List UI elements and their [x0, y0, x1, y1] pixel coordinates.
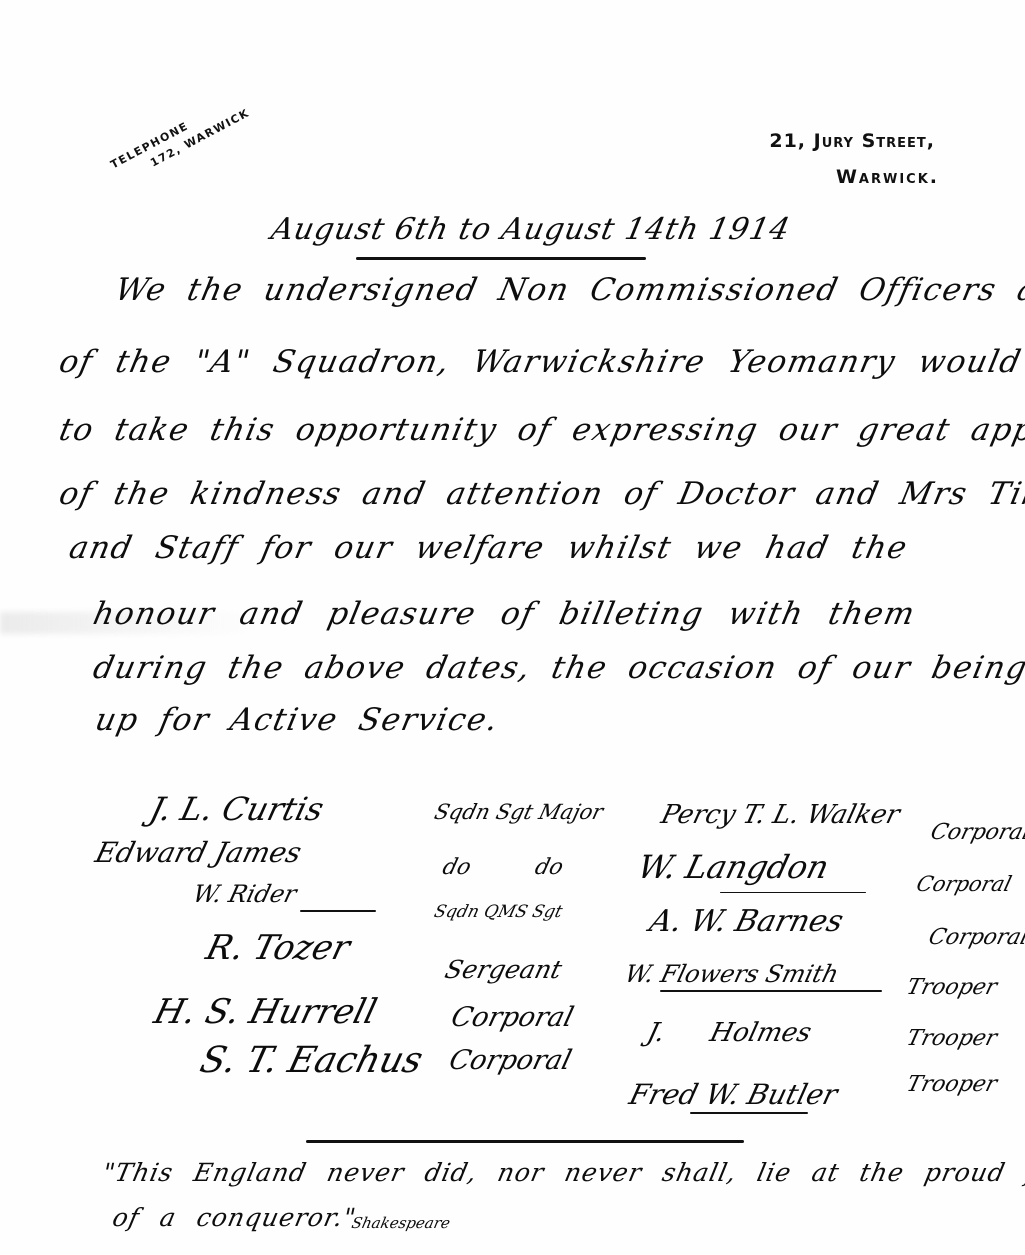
body-line: and Staff for our welfare whilst we had … [66, 530, 911, 566]
signature-rank: Sqdn QMS Sgt [432, 902, 565, 922]
signature-rank: Corporal [928, 820, 1025, 845]
body-line: We the undersigned Non Commissioned Offi… [112, 272, 1025, 308]
signature-rank: Trooper [904, 1026, 1000, 1051]
signature-rank: Corporal [446, 1045, 575, 1076]
signature-underline [720, 892, 866, 893]
signature-name: Fred W. Butler [626, 1078, 841, 1111]
signature-name: Percy T. L. Walker [658, 800, 903, 830]
signature-rank: Corporal [926, 925, 1025, 950]
signature-underline [300, 910, 376, 912]
signature-rank: Sqdn Sgt Major [432, 800, 606, 824]
signature-name: W. Langdon [634, 848, 833, 886]
signature-underline [660, 990, 882, 992]
date-heading: August 6th to August 14th 1914 [268, 212, 794, 247]
signature-underline [690, 1112, 808, 1114]
address-street: 21, Jury Street, [769, 130, 935, 152]
signature-name: H. S. Hurrell [150, 992, 381, 1032]
signature-name: R. Tozer [202, 928, 354, 968]
signature-name: S. T. Eachus [196, 1040, 427, 1081]
telephone-stamp: Telephone 172, Warwick [72, 29, 253, 190]
quote-divider [306, 1140, 744, 1143]
quote-line: of a conqueror." [110, 1203, 359, 1232]
signature-name: J. Holmes [644, 1018, 814, 1048]
address-town: Warwick. [769, 166, 939, 188]
signature-rank: Trooper [904, 975, 1000, 1000]
signature-name: J. L. Curtis [146, 790, 328, 828]
body-line: honour and pleasure of billeting with th… [90, 596, 919, 632]
body-line: to take this opportunity of expressing o… [56, 412, 1025, 448]
signature-name: Edward James [92, 836, 305, 869]
letter-page: Telephone 172, Warwick 21, Jury Street, … [0, 0, 1025, 1255]
quote-line: "This England never did, nor never shall… [100, 1158, 1025, 1187]
signature-name: W. Rider [190, 880, 299, 908]
body-line: of the kindness and attention of Doctor … [56, 476, 1025, 512]
body-line: up for Active Service. [92, 702, 502, 738]
letterhead-address: 21, Jury Street, Warwick. [769, 130, 937, 188]
date-underline [356, 257, 646, 260]
signature-rank: Corporal [448, 1002, 577, 1033]
signature-name: W. Flowers Smith [622, 960, 842, 988]
signature-rank: Trooper [904, 1072, 1000, 1097]
signature-rank: Sergeant [442, 955, 565, 984]
signature-rank: do do [440, 855, 566, 880]
body-line: during the above dates, the occasion of … [90, 650, 1025, 686]
signature-rank: Corporal [914, 872, 1014, 896]
body-line: of the "A" Squadron, Warwickshire Yeoman… [56, 344, 1025, 380]
signature-name: A. W. Barnes [646, 904, 847, 939]
quote-attribution: Shakespeare [350, 1214, 452, 1232]
